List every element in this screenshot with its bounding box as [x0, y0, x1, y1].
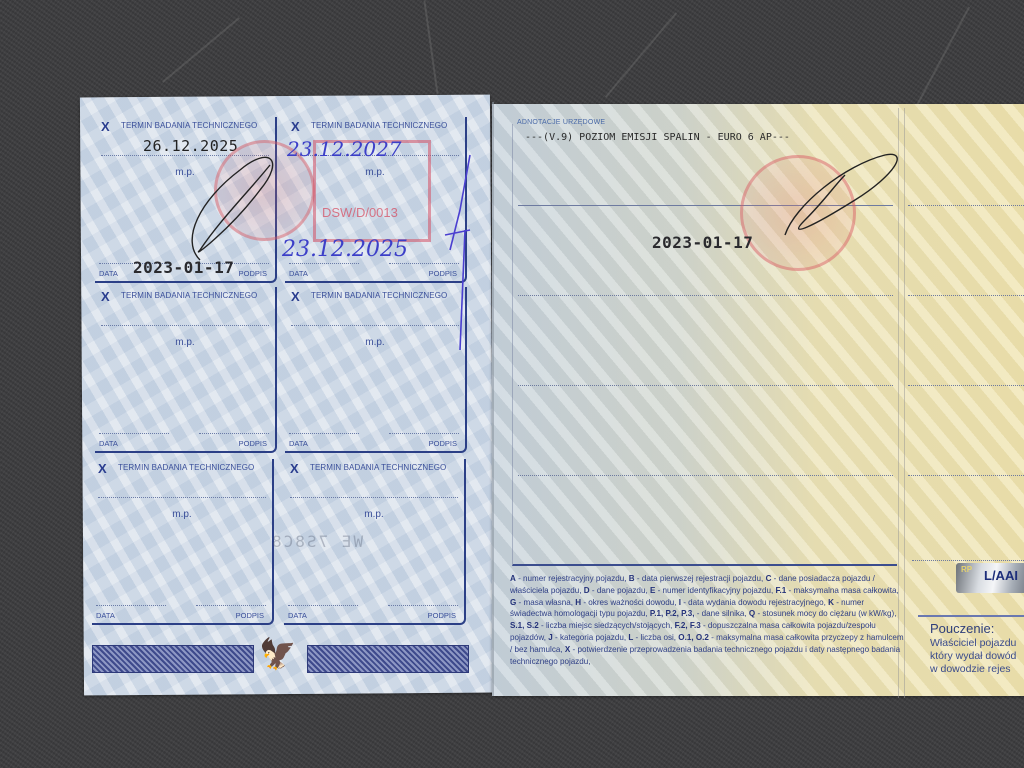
signature-label: PODPIS — [236, 611, 264, 620]
legend-text: - liczba osi, — [633, 633, 678, 642]
dotted-line — [912, 560, 1024, 561]
notice-line: w dowodzie rejes — [930, 663, 1024, 676]
dotted-line — [908, 475, 1024, 476]
box-header: TERMIN BADANIA TECHNICZNEGO — [118, 463, 254, 472]
dotted-line — [518, 475, 893, 476]
hologram-code: L/AAI — [984, 568, 1018, 583]
signature-icon — [170, 140, 290, 270]
signature-icon — [775, 145, 915, 245]
legend-text: - data pierwszej rejestracji pojazdu, — [635, 574, 766, 583]
dotted-line — [101, 325, 269, 326]
dotted-line — [99, 433, 169, 434]
inspection-box-3: X TERMIN BADANIA TECHNICZNEGO m.p. DATA … — [95, 287, 277, 453]
dotted-line — [518, 385, 893, 386]
legend-text: - maksymalna masa całkowita, — [786, 586, 898, 595]
legend-code: F.1 — [775, 586, 786, 595]
dotted-line — [389, 433, 459, 434]
signature-label: PODPIS — [239, 439, 267, 448]
dotted-line — [518, 295, 893, 296]
box-header: TERMIN BADANIA TECHNICZNEGO — [121, 291, 257, 300]
dotted-line — [388, 605, 458, 606]
legend-text: - dane silnika, — [694, 609, 748, 618]
field-code-legend: A - numer rejestracyjny pojazdu, B - dat… — [510, 573, 905, 667]
x-marker: X — [290, 461, 299, 476]
x-marker: X — [101, 119, 110, 134]
seal-label: m.p. — [285, 337, 465, 348]
signature-label: PODPIS — [239, 269, 267, 278]
hologram-sticker: RP L/AAI — [956, 563, 1024, 593]
fabric-seam — [605, 12, 677, 98]
notice-body: Właściciel pojazdu który wydał dowód w d… — [930, 637, 1024, 676]
fabric-seam — [162, 17, 240, 83]
annotation-stamp-date: 2023-01-17 — [652, 233, 753, 252]
dotted-line — [908, 205, 1024, 206]
legend-text: - okres ważności dowodu, — [581, 598, 679, 607]
legend-text: - dane pojazdu, — [590, 586, 650, 595]
fabric-seam — [912, 7, 970, 114]
date-label: DATA — [96, 611, 115, 620]
dotted-line — [291, 325, 459, 326]
guilloche-band-right — [307, 645, 469, 673]
date-label: DATA — [99, 439, 118, 448]
legend-text: - kategoria pojazdu, — [553, 633, 629, 642]
date-label: DATA — [289, 269, 308, 278]
dotted-line — [196, 605, 266, 606]
legend-code: O.1, O.2 — [678, 633, 709, 642]
date-label: DATA — [99, 269, 118, 278]
dotted-line — [98, 497, 266, 498]
divider — [918, 615, 1024, 617]
legend-code: P.1, P.2, P.3, — [650, 609, 695, 618]
date-label: DATA — [288, 611, 307, 620]
dotted-line — [908, 385, 1024, 386]
dotted-line — [908, 295, 1024, 296]
legend-text: - liczba miejsc siedzących/stojących, — [539, 621, 675, 630]
issue-stamp-date: 2023-01-17 — [133, 258, 234, 277]
x-marker: X — [291, 119, 300, 134]
dotted-line — [289, 263, 359, 264]
signature-label: PODPIS — [429, 439, 457, 448]
x-marker: X — [101, 289, 110, 304]
handwritten-date: 23.12.2025 — [282, 237, 408, 262]
dotted-line — [96, 605, 166, 606]
legend-code: F.2, F.3 — [675, 621, 701, 630]
polish-eagle-emblem: 🦅 — [258, 640, 298, 670]
guilloche-band-left — [92, 645, 254, 673]
legend-text: - numer rejestracyjny pojazdu, — [516, 574, 629, 583]
show-through-text: WE 7S8C8 — [270, 532, 363, 551]
seal-label: m.p. — [92, 509, 272, 520]
legend-text: - numer identyfikacyjny pojazdu, — [655, 586, 775, 595]
notice-line: Właściciel pojazdu — [930, 637, 1024, 650]
signature-label: PODPIS — [428, 611, 456, 620]
signature-icon — [440, 150, 480, 360]
dotted-line — [290, 497, 458, 498]
seal-label: m.p. — [284, 509, 464, 520]
notice-line: który wydał dowód — [930, 650, 1024, 663]
fabric-seam — [423, 0, 438, 94]
legend-text: - masa własna, — [516, 598, 575, 607]
legend-text: - stosunek mocy do ciężaru (w kW/kg), — [755, 609, 896, 618]
box-header: TERMIN BADANIA TECHNICZNEGO — [310, 463, 446, 472]
hologram-mark: RP — [961, 565, 972, 574]
handwritten-next-date: 23.12.2027 — [287, 137, 402, 161]
date-label: DATA — [289, 439, 308, 448]
emission-annotation: ---(V.9) POZIOM EMISJI SPALIN - EURO 6 A… — [525, 132, 790, 143]
center-fold — [492, 102, 494, 696]
dotted-line — [289, 433, 359, 434]
legend-text: - data wydania dowodu rejestracyjnego, — [681, 598, 828, 607]
dotted-line — [199, 433, 269, 434]
box-header: TERMIN BADANIA TECHNICZNEGO — [121, 121, 257, 130]
legend-code: S.1, S.2 — [510, 621, 539, 630]
x-marker: X — [291, 289, 300, 304]
seal-label: m.p. — [95, 337, 275, 348]
x-marker: X — [98, 461, 107, 476]
box-header: TERMIN BADANIA TECHNICZNEGO — [311, 121, 447, 130]
dotted-line — [288, 605, 358, 606]
station-stamp-code: DSW/D/0013 — [322, 205, 398, 220]
box-header: TERMIN BADANIA TECHNICZNEGO — [311, 291, 447, 300]
inspection-box-5: X TERMIN BADANIA TECHNICZNEGO m.p. DATA … — [92, 459, 274, 625]
notice-title: Pouczenie: — [930, 621, 994, 636]
